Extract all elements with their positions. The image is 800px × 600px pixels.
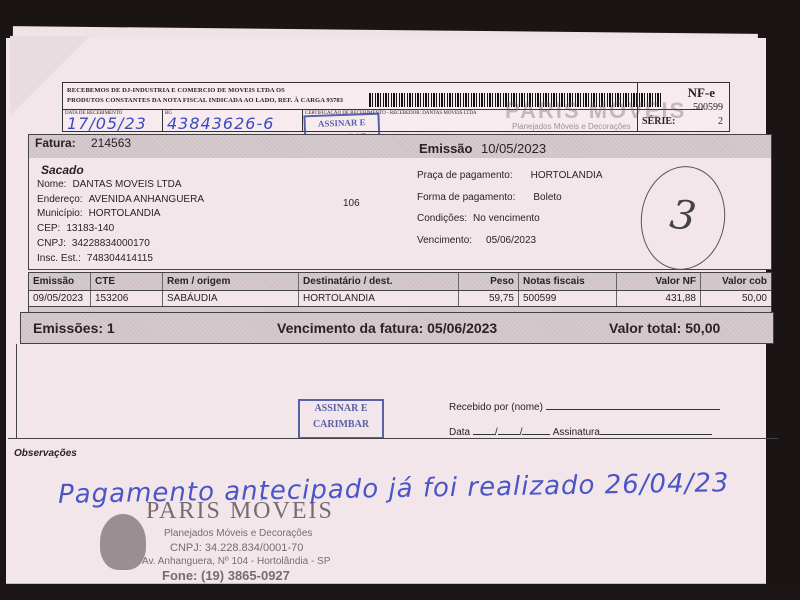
nfe-number: 500599 <box>693 102 723 113</box>
faint-brand-stamp: PARIS MÓVEIS <box>505 98 686 124</box>
company-cnpj: CNPJ: 34.228.834/0001-70 <box>170 542 303 554</box>
valor-total: Valor total: 50,00 <box>609 320 720 336</box>
data-day-field[interactable] <box>473 425 495 435</box>
field-label: CNPJ: <box>37 238 66 249</box>
company-address: Av. Anhanguera, Nº 104 - Hortolândia - S… <box>142 556 330 567</box>
rg-cell: RG 43843626-6 <box>163 109 303 132</box>
fatura-value: 214563 <box>91 136 131 150</box>
recebido-por-row: Recebido por (nome) <box>449 400 720 413</box>
circled-number: 3 <box>667 191 699 240</box>
sacado-municipio: Município:HORTOLANDIA <box>37 208 160 219</box>
praca-pagamento: Praça de pagamento:HORTOLANDIA <box>417 170 603 181</box>
col-valor-cob: Valor cob <box>701 273 771 290</box>
col-notas-fiscais: Notas fiscais <box>519 273 617 290</box>
address-number: 106 <box>343 198 360 209</box>
nfe-title: NF-e <box>688 85 715 101</box>
rg-value: 43843626-6 <box>167 114 274 133</box>
field-value: HORTOLANDIA <box>89 208 161 219</box>
section-divider <box>8 438 778 439</box>
assinar-carimbar-stamp: ASSINAR E CARIMBAR <box>298 399 384 439</box>
data-recebimento-cell: DATA DE RECEBIMENTO 17/05/23 <box>63 109 163 132</box>
recebido-por-field[interactable] <box>546 400 720 410</box>
forma-pagamento: Forma de pagamento:Boleto <box>417 192 562 203</box>
stamp-line-1: ASSINAR E <box>300 401 382 417</box>
company-phone: Fone: (19) 3865-0927 <box>162 568 290 583</box>
col-valor-nf: Valor NF <box>617 273 701 290</box>
stamp-line-2: CARIMBAR <box>300 417 382 433</box>
table-row: 09/05/2023 153206 SABÁUDIA HORTOLANDIA 5… <box>29 291 771 306</box>
field-value: HORTOLANDIA <box>531 170 603 181</box>
emissoes-count: Emissões: 1 <box>33 320 115 336</box>
table-header: Emissão CTE Rem / origem Destinatário / … <box>29 273 771 291</box>
chair-logo-icon <box>100 514 146 570</box>
sacado-endereco: Endereço:AVENIDA ANHANGUERA <box>37 194 204 205</box>
cell-valor-nf: 431,88 <box>617 291 701 306</box>
emissao-value: 10/05/2023 <box>481 141 546 156</box>
field-value: 05/06/2023 <box>486 235 536 246</box>
col-destinatario: Destinatário / dest. <box>299 273 459 290</box>
recebido-por-label: Recebido por (nome) <box>449 402 543 413</box>
table-surface <box>0 584 800 600</box>
field-value: No vencimento <box>473 213 540 224</box>
emissao-label: Emissão <box>419 141 472 156</box>
field-label: Município: <box>37 208 83 219</box>
company-tagline: Planejados Móveis e Decorações <box>164 528 312 539</box>
data-label: Data <box>449 427 470 438</box>
col-emissao: Emissão <box>29 273 91 290</box>
cell-emissao: 09/05/2023 <box>29 291 91 306</box>
cell-destinatario: HORTOLANDIA <box>299 291 459 306</box>
assinatura-field[interactable] <box>600 425 712 435</box>
field-label: Forma de pagamento: <box>417 192 515 203</box>
sacado-cep: CEP:13183-140 <box>37 223 114 234</box>
receipt-line-1: RECEBEMOS DE DJ-INDUSTRIA E COMERCIO DE … <box>67 87 285 94</box>
field-label: Condições: <box>417 213 467 224</box>
field-value: 34228834000170 <box>72 238 150 249</box>
field-label: CEP: <box>37 223 60 234</box>
sacado-section: Sacado Nome:DANTAS MOVEIS LTDA Endereço:… <box>28 158 772 270</box>
circled-number-annotation: 3 <box>634 161 732 276</box>
field-label: Vencimento: <box>417 235 472 246</box>
assinatura-label: Assinatura <box>553 427 600 438</box>
totals-bar: Emissões: 1 Vencimento da fatura: 05/06/… <box>20 312 774 344</box>
field-label: Endereço: <box>37 194 83 205</box>
col-cte: CTE <box>91 273 163 290</box>
vencimento: Vencimento:05/06/2023 <box>417 235 536 246</box>
cell-cte: 153206 <box>91 291 163 306</box>
field-value: Boleto <box>533 192 561 203</box>
col-peso: Peso <box>459 273 519 290</box>
field-value: AVENIDA ANHANGUERA <box>89 194 204 205</box>
cell-rem-origem: SABÁUDIA <box>163 291 299 306</box>
cell-peso: 59,75 <box>459 291 519 306</box>
field-value: 13183-140 <box>66 223 114 234</box>
serie-value: 2 <box>718 116 723 127</box>
company-stamp: PARIS MÓVEIS Planejados Móveis e Decoraç… <box>100 498 360 588</box>
col-rem-origem: Rem / origem <box>163 273 299 290</box>
data-month-field[interactable] <box>498 425 520 435</box>
faint-brand-sub: Planejados Móveis e Decorações <box>512 122 631 131</box>
data-assinatura-row: Data // Assinatura <box>449 425 712 438</box>
data-recebimento-value: 17/05/23 <box>67 114 147 133</box>
field-label: Insc. Est.: <box>37 253 81 264</box>
field-value: 748304414115 <box>87 253 153 264</box>
data-year-field[interactable] <box>522 425 550 435</box>
emissions-table: Emissão CTE Rem / origem Destinatário / … <box>28 272 772 317</box>
sacado-title: Sacado <box>41 163 84 177</box>
sacado-insc-est: Insc. Est.:748304414115 <box>37 253 153 264</box>
recebimento-area <box>16 344 776 438</box>
field-label: Praça de pagamento: <box>417 170 513 181</box>
cell-notas-fiscais: 500599 <box>519 291 617 306</box>
sacado-nome: Nome:DANTAS MOVEIS LTDA <box>37 179 182 190</box>
vencimento-fatura: Vencimento da fatura: 05/06/2023 <box>277 320 497 336</box>
receipt-line-2: PRODUTOS CONSTANTES DA NOTA FISCAL INDIC… <box>67 97 343 104</box>
fatura-bar: Fatura: 214563 Emissão 10/05/2023 <box>28 134 772 158</box>
condicoes: Condições:No vencimento <box>417 213 540 224</box>
cell-valor-cob: 50,00 <box>701 291 771 306</box>
observacoes-label: Observações <box>14 448 77 459</box>
field-label: Nome: <box>37 179 66 190</box>
field-value: DANTAS MOVEIS LTDA <box>72 179 181 190</box>
sacado-cnpj: CNPJ:34228834000170 <box>37 238 150 249</box>
fatura-label: Fatura: <box>35 136 76 150</box>
